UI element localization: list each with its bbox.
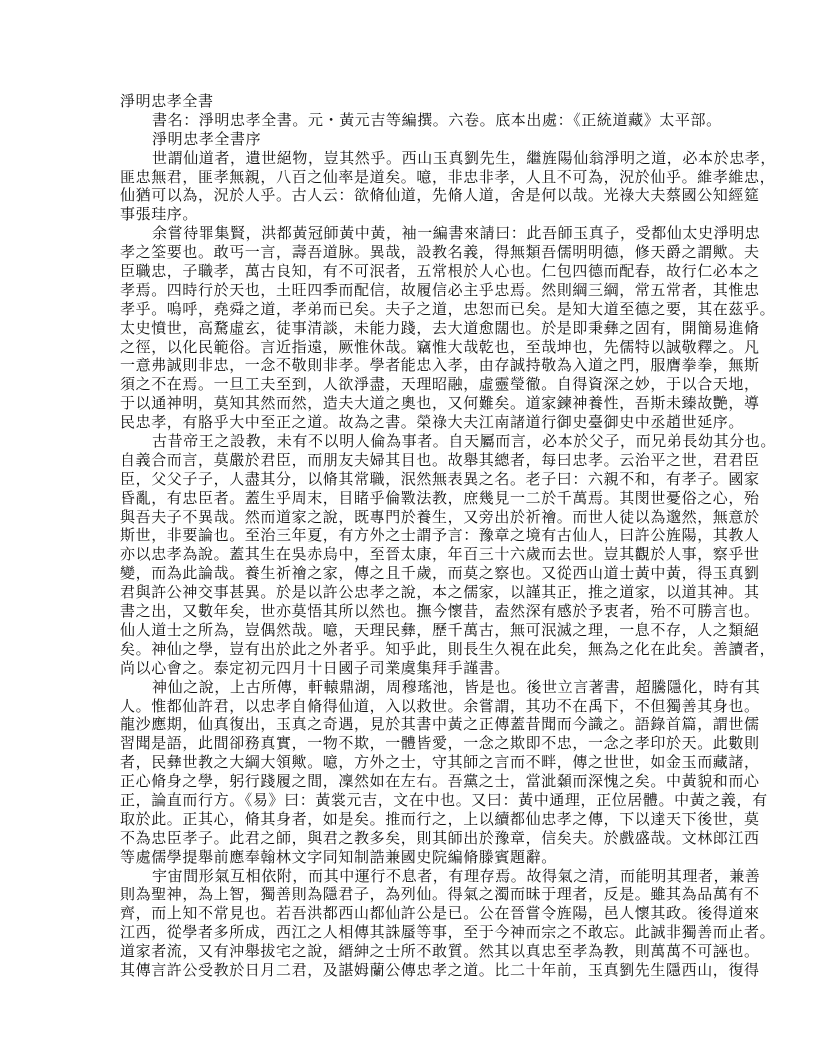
document-title: 淨明忠孝全書: [120, 92, 706, 111]
text-line: 取於此。正其心，脩其身者，如是矣。推而行之，上以續都仙忠孝之傳，下以達天下後世，…: [120, 810, 706, 829]
text-line: 世謂仙道者，遺世絕物，豈其然乎。西山玉真劉先生，繼旌陽仙翁淨明之道，必本於忠孝，: [120, 149, 706, 168]
text-line: 孝乎。嗚呼，堯舜之道，孝弟而已矣。夫子之道，忠恕而已矣。是知大道至德之要，其在茲…: [120, 300, 706, 319]
text-line: 習聞是語，此間卻務真實，一物不欺，一體皆愛，一念之欺即不忠，一念之孝印於天。此數…: [120, 734, 706, 753]
text-line: 書之出，又數年矣，世亦莫悟其所以然也。撫今懷昔，盍然深有感於予衷者，殆不可勝言也…: [120, 602, 706, 621]
text-line: 變，而為此論哉。養生祈禬之家，傳之且千歲，而莫之察也。又從西山道士黃中黃，得玉真…: [120, 564, 706, 583]
text-line: 宇宙間形氣互相依附，而其中運行不息者，有理存焉。故得氣之清，而能明其理者，兼善: [120, 867, 706, 886]
text-line: 一意弗誠則非忠，一念不敬則非孝。學者能忠入孝，由存誠持敬為入道之門，服膺拳拳，無…: [120, 356, 706, 375]
book-meta-line: 書名：淨明忠孝全書。元・黃元吉等編撰。六卷。底本出處：《正統道藏》太平部。: [120, 111, 706, 130]
text-line: 不為忠臣孝子。此君之師，與君之教多矣，則其師出於豫章，信矣夫。於戲盛哉。文林郎江…: [120, 829, 706, 848]
text-line: 其傳言許公受教於日月二君，及諶姆蘭公傳忠孝之道。比二十年前，玉真劉先生隱西山，復…: [120, 961, 706, 980]
text-line: 正，論直而行方。《易》曰：黃裳元吉，文在中也。又曰：黃中通理，正位居體。中黃之義…: [120, 791, 706, 810]
text-line: 匪忠無君，匪孝無親，八百之仙率是道矣。噫，非忠非孝，人且不可為，況於仙乎。維孝維…: [120, 168, 706, 187]
preface-body: 世謂仙道者，遺世絕物，豈其然乎。西山玉真劉先生，繼旌陽仙翁淨明之道，必本於忠孝，…: [120, 149, 706, 980]
text-line: 太史憤世，高騖虛玄，徒事清談，未能力踐，去大道愈闊也。於是即秉彝之固有，開簡易進…: [120, 319, 706, 338]
text-line: 孝焉。四時行於天也，土旺四季而配信，故履信必主乎忠焉。然則綱三綱，常五常者，其惟…: [120, 281, 706, 300]
text-line: 等處儒學提舉前應奉翰林文字同知制誥兼國史院編脩滕賓題辭。: [120, 848, 706, 867]
text-line: 之徑，以化民範俗。言近指遠，厥惟休哉。竊惟大哉乾也，至哉坤也，先儒特以誠敬釋之。…: [120, 338, 706, 357]
text-line: 亦以忠孝為說。蓋其生在吳赤烏中，至晉太康，年百三十六歲而去世。豈其觀於人事，察乎…: [120, 545, 706, 564]
text-line: 臣職忠，子職孝，萬古良知，有不可泯者，五常根於人心也。仁包四德而配春，故行仁必本…: [120, 262, 706, 281]
text-line: 尚以心會之。泰定初元四月十日國子司業虞集拜手謹書。: [120, 659, 706, 678]
text-line: 仙人道士之所為，豈偶然哉。噫，天理民彝，歷千萬古，無可泯滅之理，一息不存，人之類…: [120, 621, 706, 640]
text-line: 孝之筌要也。敢丐一言，壽吾道脉。異哉，設教名義，得無類吾儒明明德，修天爵之謂歟。…: [120, 243, 706, 262]
text-line: 斯世，非要論也。至治三年夏，有方外之士謂予言：豫章之境有古仙人，曰許公旌陽，其教…: [120, 526, 706, 545]
text-line: 正心脩身之學，躬行踐履之間，凜然如在左右。吾黨之士，當泚顙而深愧之矣。中黃貌和而…: [120, 772, 706, 791]
text-line: 余嘗待罪集賢，洪都黃冠師黃中黃，袖一編書來請曰：此吾師玉真子，受都仙太史淨明忠: [120, 224, 706, 243]
text-line: 事張珪序。: [120, 205, 706, 224]
text-line: 須之不在焉。一旦工夫至到，人欲淨盡，天理昭融，虛靈瑩徹。自得資深之妙，于以合天地…: [120, 375, 706, 394]
text-line: 則為聖神，為上智，獨善則為隱君子，為列仙。得氣之濁而昧于理者，反是。雖其為品萬有…: [120, 885, 706, 904]
text-line: 道家者流，又有沖舉拔宅之說，縉紳之士所不敢質。然其以真忠至孝為教，則萬萬不可誣也…: [120, 942, 706, 961]
document-page: 淨明忠孝全書 書名：淨明忠孝全書。元・黃元吉等編撰。六卷。底本出處：《正統道藏》…: [120, 92, 706, 980]
text-line: 自義合而言，莫嚴於君臣，而朋友夫婦其目也。故舉其總者，每曰忠孝。云治平之世，君君…: [120, 451, 706, 470]
text-line: 于以通神明，莫知其然而然，造夫大道之奧也，又何難矣。道家鍊神養性，吾斯未臻故艷，…: [120, 394, 706, 413]
text-line: 齊，而上知不常見也。若吾洪都西山都仙許公是已。公在晉嘗令旌陽，邑人懷其政。後得道…: [120, 904, 706, 923]
text-line: 人。惟都仙許君，以忠孝自脩得仙道，入以救世。余嘗謂，其功不在禹下，不但獨善其身也…: [120, 697, 706, 716]
text-line: 昏亂，有忠臣者。蓋生乎周末，目睹乎倫斁法教，庶幾見一二於千萬焉。其閔世憂俗之心，…: [120, 489, 706, 508]
text-line: 矣。神仙之學，豈有出於此之外者乎。知乎此，則長生久視在此矣，無為之化在此矣。善讀…: [120, 640, 706, 659]
preface-title: 淨明忠孝全書序: [120, 130, 706, 149]
text-line: 民忠孝，有胳乎大中至正之道。故為之書。榮祿大夫江南諸道行御史臺御史中丞趙世延序。: [120, 413, 706, 432]
text-line: 君與許公神交事甚異。於是以許公忠孝之說，本之儒家，以謹其正，推之道家，以道其神。…: [120, 583, 706, 602]
text-line: 江西，從學者多所成，西江之人相傳其誅蜃等事，至于今神而宗之不敢忘。此誠非獨善而止…: [120, 923, 706, 942]
text-line: 者，民彝世教之大綱大領歟。噫，方外之士，守其師之言而不畔，傳之世世，如金玉而藏諸…: [120, 753, 706, 772]
text-line: 古昔帝王之設教，未有不以明人倫為事者。自天屬而言，必本於父子，而兄弟長幼其分也。: [120, 432, 706, 451]
text-line: 龍沙應期，仙真復出，玉真之奇遇，見於其書中黃之正傳蓋昔聞而今識之。語錄首篇，謂世…: [120, 715, 706, 734]
text-line: 仙猶可以為，況於人乎。古人云：欲脩仙道，先脩人道，舍是何以哉。光祿大夫蔡國公知經…: [120, 186, 706, 205]
text-line: 與吾夫子不異哉。然而道家之說，既專門於養生，又旁出於祈禬。而世人徒以為邈然，無意…: [120, 508, 706, 527]
text-line: 神仙之說，上古所傳，軒轅鼎湖，周穆瑤池，皆是也。後世立言著書，超騰隱化，時有其: [120, 678, 706, 697]
text-line: 臣，父父子子，人盡其分，以脩其常職，泯然無表異之名。老子曰：六親不和，有孝子。國…: [120, 470, 706, 489]
